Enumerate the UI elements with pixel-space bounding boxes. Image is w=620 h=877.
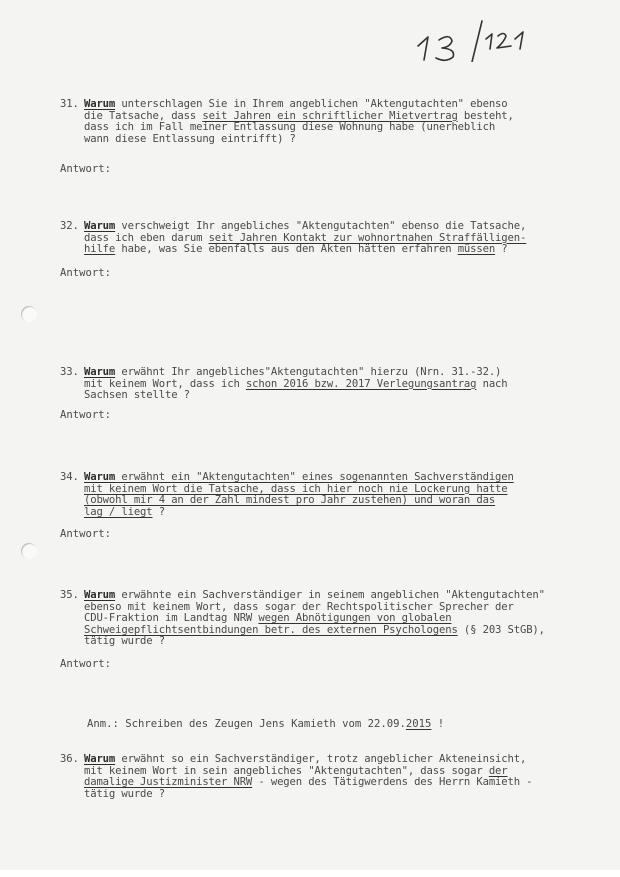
question-number: 32. — [60, 221, 79, 233]
text-segment: mit keinem Wort, dass ich — [84, 378, 246, 390]
answer-label-34: Antwort: — [60, 528, 111, 540]
question-number: 35. — [60, 590, 79, 602]
text-line: hilfe habe, was Sie ebenfalls aus den Ak… — [84, 244, 580, 256]
question-text: Warum unterschlagen Sie in Ihrem angebli… — [84, 99, 580, 145]
document-page: 13/121 31.Warum unterschlagen Sie in Ihr… — [0, 0, 620, 870]
text-segment: tätig wurde ? — [84, 788, 165, 800]
underlined-text: lag / liegt — [84, 506, 153, 518]
punch-hole-bottom — [21, 543, 37, 559]
question-35: 35.Warum erwähnte ein Sachverständiger i… — [60, 590, 580, 648]
text-segment: CDU-Fraktion im Landtag NRW — [84, 612, 258, 624]
answer-label-33: Antwort: — [60, 409, 111, 421]
question-36: 36.Warum erwähnt so ein Sachverständiger… — [60, 754, 580, 800]
text-segment: erwähnte ein Sachverständiger in seinem … — [115, 589, 545, 601]
text-segment: mit keinem Wort in sein angebliches "Akt… — [84, 765, 489, 777]
text-segment: ? — [153, 506, 165, 518]
text-segment: (§ 203 StGB), — [458, 624, 545, 636]
question-text: Warum erwähnt so ein Sachverständiger, t… — [84, 754, 580, 800]
text-line: tätig wurde ? — [84, 789, 580, 801]
underlined-text: damalige Justizminister NRW — [84, 776, 252, 788]
text-line: wann diese Entlassung eintrifft) ? — [84, 134, 580, 146]
question-32: 32.Warum verschweigt Ihr angebliches "Ak… — [60, 221, 580, 256]
warum-keyword: Warum — [84, 366, 115, 378]
question-number: 36. — [60, 754, 79, 766]
question-33: 33.Warum erwähnt Ihr angebliches"Aktengu… — [60, 367, 580, 402]
question-number: 33. — [60, 367, 79, 379]
warum-keyword: Warum — [84, 753, 115, 765]
underlined-text: seit Jahren Kontakt zur wohnortnahen Str… — [209, 232, 527, 244]
note-year: 2015 — [406, 718, 432, 730]
question-31: 31.Warum unterschlagen Sie in Ihrem ange… — [60, 99, 580, 145]
question-text: Warum erwähnte ein Sachverständiger in s… — [84, 590, 580, 648]
text-segment: nach — [476, 378, 507, 390]
annotation-note: Anm.: Schreiben des Zeugen Jens Kamieth … — [87, 718, 444, 730]
text-segment: erwähnt Ihr angebliches"Aktengutachten" … — [115, 366, 501, 378]
text-segment: - wegen des Tätigwerdens des Herrn Kamie… — [252, 776, 532, 788]
underlined-text: Schweigepflichtsentbindungen betr. des e… — [84, 624, 458, 636]
text-line: lag / liegt ? — [84, 507, 580, 519]
underlined-text: müssen — [458, 243, 495, 255]
text-segment: habe, was Sie ebenfalls aus den Akten hä… — [115, 243, 458, 255]
text-segment: ? — [495, 243, 507, 255]
text-segment: die Tatsache, dass — [84, 110, 202, 122]
question-34: 34.Warum erwähnt ein "Aktengutachten" ei… — [60, 472, 580, 518]
text-segment: dass ich im Fall meiner Entlassung diese… — [84, 121, 495, 133]
text-segment: besteht, — [458, 110, 514, 122]
text-line: Sachsen stellte ? — [84, 390, 580, 402]
text-segment: verschweigt Ihr angebliches "Aktengutach… — [115, 220, 526, 232]
warum-keyword: Warum — [84, 471, 115, 483]
text-line: tätig wurde ? — [84, 636, 580, 648]
text-segment: Sachsen stellte ? — [84, 389, 190, 401]
note-prefix: Anm.: Schreiben des Zeugen Jens Kamieth … — [87, 718, 406, 730]
question-number: 34. — [60, 472, 79, 484]
answer-label-31: Antwort: — [60, 163, 111, 175]
warum-keyword: Warum — [84, 98, 115, 110]
text-segment: ebenso mit keinem Wort, dass sogar der R… — [84, 601, 514, 613]
question-text: Warum erwähnt ein "Aktengutachten" eines… — [84, 472, 580, 518]
text-segment: erwähnt so ein Sachverständiger, trotz a… — [115, 753, 526, 765]
handwritten-page-number: 13/121 — [412, 16, 552, 62]
underlined-text: schon 2016 bzw. 2017 Verlegungsantrag — [246, 378, 476, 390]
text-segment: unterschlagen Sie in Ihrem angeblichen "… — [115, 98, 507, 110]
underlined-text: wegen Abnötigungen von globalen — [258, 612, 451, 624]
question-text: Warum verschweigt Ihr angebliches "Akten… — [84, 221, 580, 256]
question-number: 31. — [60, 99, 79, 111]
answer-label-35: Antwort: — [60, 658, 111, 670]
question-text: Warum erwähnt Ihr angebliches"Aktengutac… — [84, 367, 580, 402]
text-segment: tätig wurde ? — [84, 635, 165, 647]
underlined-text: (obwohl mir 4 an der Zahl mindest pro Ja… — [84, 494, 495, 506]
punch-hole-top — [21, 306, 37, 322]
warum-keyword: Warum — [84, 589, 115, 601]
underlined-text: mit keinem Wort die Tatsache, dass ich h… — [84, 483, 508, 495]
underlined-text: erwähnt ein "Aktengutachten" eines sogen… — [115, 471, 514, 483]
warum-keyword: Warum — [84, 220, 115, 232]
note-suffix: ! — [431, 718, 444, 730]
underlined-text: der — [489, 765, 508, 777]
text-segment: dass ich eben darum — [84, 232, 209, 244]
underlined-text: hilfe — [84, 243, 115, 255]
underlined-text: seit Jahren ein schriftlicher Mietvertra… — [202, 110, 457, 122]
answer-label-32: Antwort: — [60, 267, 111, 279]
text-segment: wann diese Entlassung eintrifft) ? — [84, 133, 296, 145]
